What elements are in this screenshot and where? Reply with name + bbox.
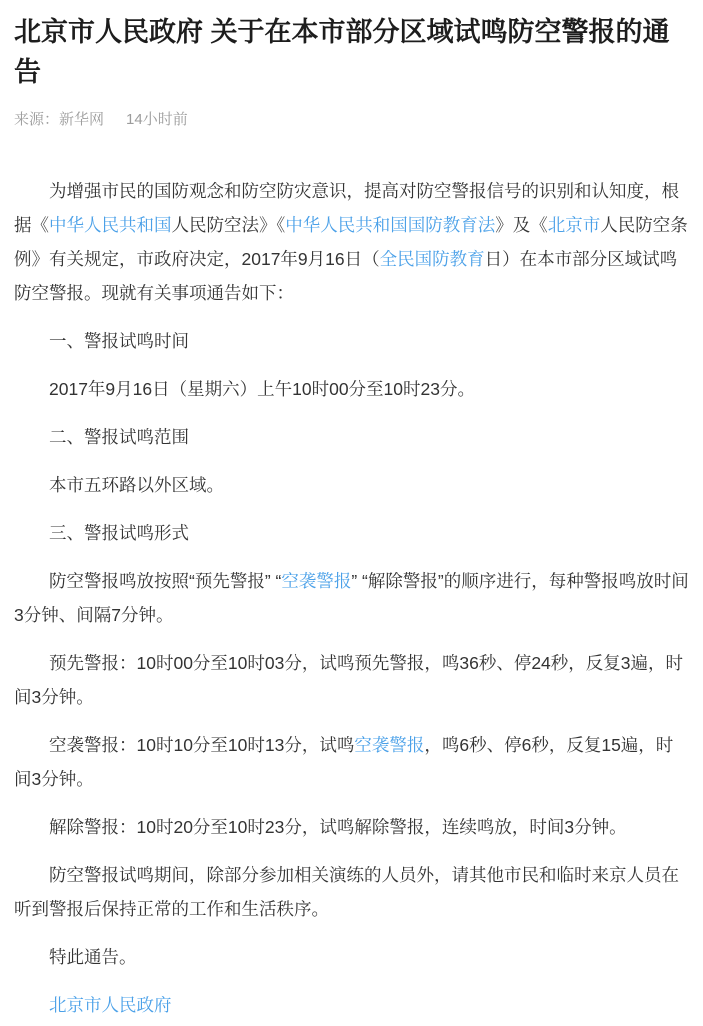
text-segment: 防空警报鸣放按照“预先警报” “ — [49, 571, 281, 591]
paragraph: 二、警报试鸣范围 — [14, 420, 689, 454]
paragraph: 空袭警报：10时10分至10时13分，试鸣空袭警报，鸣6秒、停6秒，反复15遍，… — [14, 728, 689, 796]
text-segment: 解除警报：10时20分至10时23分，试鸣解除警报，连续鸣放，时间3分钟。 — [49, 817, 627, 837]
page-title: 北京市人民政府 关于在本市部分区域试鸣防空警报的通告 — [14, 12, 689, 92]
paragraph: 防空警报试鸣期间，除部分参加相关演练的人员外，请其他市民和临时来京人员在听到警报… — [14, 858, 689, 926]
paragraph: 北京市人民政府 — [14, 988, 689, 1022]
paragraph: 解除警报：10时20分至10时23分，试鸣解除警报，连续鸣放，时间3分钟。 — [14, 810, 689, 844]
text-segment: 特此通告。 — [49, 947, 137, 967]
text-segment: 》及《 — [495, 215, 548, 235]
text-segment: 防空警报试鸣期间，除部分参加相关演练的人员外，请其他市民和临时来京人员在听到警报… — [14, 865, 679, 919]
paragraph: 防空警报鸣放按照“预先警报” “空袭警报” “解除警报”的顺序进行，每种警报鸣放… — [14, 564, 689, 632]
inline-link[interactable]: 中华人民共和国 — [49, 215, 172, 235]
text-segment: 本市五环路以外区域。 — [49, 475, 224, 495]
article-body: 为增强市民的国防观念和防空防灾意识，提高对防空警报信号的识别和认知度，根据《中华… — [14, 174, 689, 1022]
inline-link[interactable]: 北京市 — [548, 215, 601, 235]
article-page: 北京市人民政府 关于在本市部分区域试鸣防空警报的通告 来源：新华网14小时前 为… — [0, 0, 703, 1026]
text-segment: 三、警报试鸣形式 — [49, 523, 189, 543]
text-segment: 二、警报试鸣范围 — [49, 427, 189, 447]
article-meta: 来源：新华网14小时前 — [14, 110, 689, 130]
paragraph: 预先警报：10时00分至10时03分，试鸣预先警报，鸣36秒、停24秒，反复3遍… — [14, 646, 689, 714]
source-label: 来源：新华网 — [14, 111, 104, 128]
inline-link[interactable]: 空袭警报 — [354, 735, 424, 755]
text-segment: 预先警报：10时00分至10时03分，试鸣预先警报，鸣36秒、停24秒，反复3遍… — [14, 653, 683, 707]
inline-link[interactable]: 空袭警报 — [281, 571, 351, 591]
text-segment: 人民防空法》《 — [172, 215, 286, 235]
inline-link[interactable]: 全民国防教育 — [380, 249, 485, 269]
text-segment: 2017年9月16日（星期六）上午10时00分至10时23分。 — [49, 379, 475, 399]
paragraph: 本市五环路以外区域。 — [14, 468, 689, 502]
paragraph: 特此通告。 — [14, 940, 689, 974]
text-segment: 一、警报试鸣时间 — [49, 331, 189, 351]
text-segment: 空袭警报：10时10分至10时13分，试鸣 — [49, 735, 354, 755]
inline-link[interactable]: 中华人民共和国国防教育法 — [285, 215, 495, 235]
paragraph: 为增强市民的国防观念和防空防灾意识，提高对防空警报信号的识别和认知度，根据《中华… — [14, 174, 689, 310]
paragraph: 2017年9月16日（星期六）上午10时00分至10时23分。 — [14, 372, 689, 406]
publish-time: 14小时前 — [126, 111, 188, 128]
inline-link[interactable]: 北京市人民政府 — [49, 995, 172, 1015]
paragraph: 一、警报试鸣时间 — [14, 324, 689, 358]
paragraph: 三、警报试鸣形式 — [14, 516, 689, 550]
